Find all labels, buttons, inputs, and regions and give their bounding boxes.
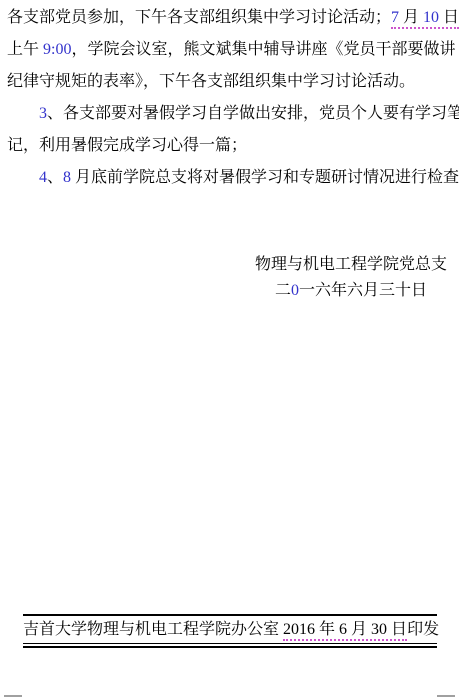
august-number: 8: [63, 169, 71, 186]
paragraph-line-3: 纪律守规矩的表率》，下午各支部组织集中学习讨论活动。: [7, 66, 452, 98]
signature-date-zero: 0: [291, 282, 299, 299]
line3-text: 纪律守规矩的表率》，下午各支部组织集中学习讨论活动。: [7, 73, 415, 90]
line5-text: 记，利用暑假完成学习心得一篇；: [7, 137, 247, 154]
signature-block: 物理与机电工程学院党总支 二0一六年六月三十日: [255, 252, 447, 304]
item4-number: 4: [39, 169, 47, 186]
footer-date-underlined: 2016 年 6 月 30 日: [283, 621, 407, 641]
signature-date-prefix: 二: [275, 282, 291, 299]
footer-day-char: 日: [387, 621, 407, 638]
date-day-char: 日: [439, 9, 459, 26]
footer-text: 吉首大学物理与机电工程学院办公室 2016 年 6 月 30 日印发: [23, 617, 437, 643]
line6-sep: 、: [47, 169, 63, 186]
signature-org: 物理与机电工程学院党总支: [255, 252, 447, 278]
paragraph-line-1: 各支部党员参加，下午各支部组织集中学习讨论活动；7 月 10 日: [7, 2, 452, 34]
footer-year-number: 2016: [283, 621, 315, 638]
item3-number: 3: [39, 105, 47, 122]
date-day-number: 7: [391, 9, 399, 26]
page-corner-mark-left: [4, 695, 22, 697]
paragraph-line-2: 上午 9:00，学院会议室，熊文斌集中辅导讲座《党员干部要做讲: [7, 34, 452, 66]
line2-text: 上午: [7, 41, 43, 58]
time-number: 9:00: [43, 41, 71, 58]
paragraph-line-6: 4、8 月底前学院总支将对暑假学习和专题研讨情况进行检查。: [7, 162, 452, 194]
date-phrase-underlined: 7 月 10 日: [391, 9, 459, 29]
paragraph-line-4: 3、各支部要对暑假学习自学做出安排，党员个人要有学习笔: [7, 98, 452, 130]
footer-issue-label: 印发: [407, 621, 439, 638]
line4-text: 、各支部要对暑假学习自学做出安排，党员个人要有学习笔: [47, 105, 459, 122]
footer-month-number: 6: [339, 621, 347, 638]
footer-office: 吉首大学物理与机电工程学院办公室: [23, 621, 279, 638]
footer-rule-top: [23, 614, 437, 616]
footer-day-number: 30: [371, 621, 387, 638]
line6-text: 月底前学院总支将对暑假学习和专题研讨情况进行检查。: [71, 169, 459, 186]
date-date-number: 10: [423, 9, 439, 26]
line2-text-cont: ，学院会议室，熊文斌集中辅导讲座《党员干部要做讲: [71, 41, 455, 58]
line1-text: 各支部党员参加，下午各支部组织集中学习讨论活动；: [7, 9, 391, 26]
paragraph-line-5: 记，利用暑假完成学习心得一篇；: [7, 130, 452, 162]
document-page: 各支部党员参加，下午各支部组织集中学习讨论活动；7 月 10 日 上午 9:00…: [0, 0, 459, 699]
signature-date: 二0一六年六月三十日: [255, 278, 447, 304]
footer-rule-bottom: [23, 643, 437, 648]
page-corner-mark-right: [437, 695, 455, 697]
footer-month-char: 月: [347, 621, 371, 638]
signature-date-rest: 一六年六月三十日: [299, 282, 427, 299]
body-text: 各支部党员参加，下午各支部组织集中学习讨论活动；7 月 10 日 上午 9:00…: [7, 2, 452, 194]
footer-year-char: 年: [315, 621, 339, 638]
date-month-char: 月: [399, 9, 423, 26]
